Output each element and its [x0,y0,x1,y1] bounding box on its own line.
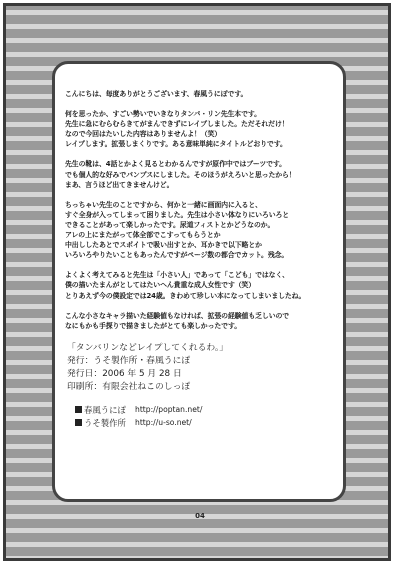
link-row: 春風うにぽ http://poptan.net/ [75,404,275,417]
text-line: なにもかも手探りで描きましたがとても楽しかったです。 [65,321,341,331]
text-line: 先生に急にむらむらきてがまんできずにレイプしました。ただそれだけ！ [65,119,341,129]
page-number: 04 [0,512,400,520]
link-url[interactable]: http://u-so.net/ [135,417,192,430]
paragraph-greeting: こんにちは、毎度ありがとうございます、春風うにぽです。 [65,89,341,99]
text-line: すぐ全身が入ってしまって困りました。先生は小さい体なりにいろいろと [65,210,341,220]
paragraph-intro: 何を思ったか、すごい勢いでいきなりタンバ・リン先生本です。 先生に急にむらむらき… [65,109,341,149]
square-bullet-icon [75,406,82,413]
text-line: よくよく考えてみると先生は「小さい人」であって「こども」ではなく、 [65,270,341,280]
afterword-text: こんにちは、毎度ありがとうございます、春風うにぽです。 何を思ったか、すごい勢い… [65,89,341,341]
text-line: 先生の靴は、4話とかよく見るとわかるんですが原作中ではブーツです。 [65,159,341,169]
text-line: いろいろやりたいこともあったんですがページ数の都合でカット。残念。 [65,250,341,260]
square-bullet-icon [75,419,82,426]
publish-date: 発行日：2006 年 5 月 28 日 [67,368,267,381]
text-line: できることがあって楽しかったです。尿道フィストとかどうなのか。 [65,220,341,230]
printer: 印刷所：有限会社ねこのしっぽ [67,381,267,394]
text-line: 中出ししたあとでスポイトで吸い出すとか、耳かきで以下略とか [65,240,341,250]
text-line: レイプします。拡張しまくりです。ある意味単純にタイトルどおりです。 [65,139,341,149]
paragraph-closing: こんな小さなキャラ描いた経験値もなければ、拡張の経験値も乏しいので なにもかも手… [65,311,341,331]
text-line: こんな小さなキャラ描いた経験値もなければ、拡張の経験値も乏しいので [65,311,341,321]
text-line: アレの上にまたがって体全部でこすってもらうとか [65,230,341,240]
page: こんにちは、毎度ありがとうございます、春風うにぽです。 何を思ったか、すごい勢い… [0,0,400,568]
links-list: 春風うにぽ http://poptan.net/ うそ製作所 http://u-… [75,404,275,429]
text-line: 何を思ったか、すごい勢いでいきなりタンバ・リン先生本です。 [65,109,341,119]
content-panel: こんにちは、毎度ありがとうございます、春風うにぽです。 何を思ったか、すごい勢い… [52,61,346,502]
link-name: うそ製作所 [84,417,135,430]
colophon: 「タンバリンなどレイプしてくれるわ。」 発行：うそ製作所・春風うにぽ 発行日：2… [67,342,267,394]
text-line: ちっちゃい先生のことですから、何かと一緒に画面内に入ると、 [65,200,341,210]
text-line: こんにちは、毎度ありがとうございます、春風うにぽです。 [65,89,341,99]
text-line: でも個人的な好みでパンプスにしました。そのほうがえろいと思ったから！ [65,170,341,180]
text-line: 僕の描いたまんがとしてはたいへん貴重な成人女性です（笑） [65,280,341,290]
text-line: まあ、言うほど出てきませんけど。 [65,180,341,190]
text-line: とりあえず今の僕設定では24歳。きわめて珍しい本になってしまいましたね。 [65,291,341,301]
publisher: 発行：うそ製作所・春風うにぽ [67,355,267,368]
paragraph-adult: よくよく考えてみると先生は「小さい人」であって「こども」ではなく、 僕の描いたま… [65,270,341,300]
link-name: 春風うにぽ [84,404,135,417]
book-title: 「タンバリンなどレイプしてくれるわ。」 [67,342,267,355]
paragraph-shoes: 先生の靴は、4話とかよく見るとわかるんですが原作中ではブーツです。 でも個人的な… [65,159,341,189]
link-url[interactable]: http://poptan.net/ [135,404,202,417]
text-line: なので今回はたいした内容はありませんよ！（笑） [65,129,341,139]
link-row: うそ製作所 http://u-so.net/ [75,417,275,430]
paragraph-size: ちっちゃい先生のことですから、何かと一緒に画面内に入ると、 すぐ全身が入ってしま… [65,200,341,261]
